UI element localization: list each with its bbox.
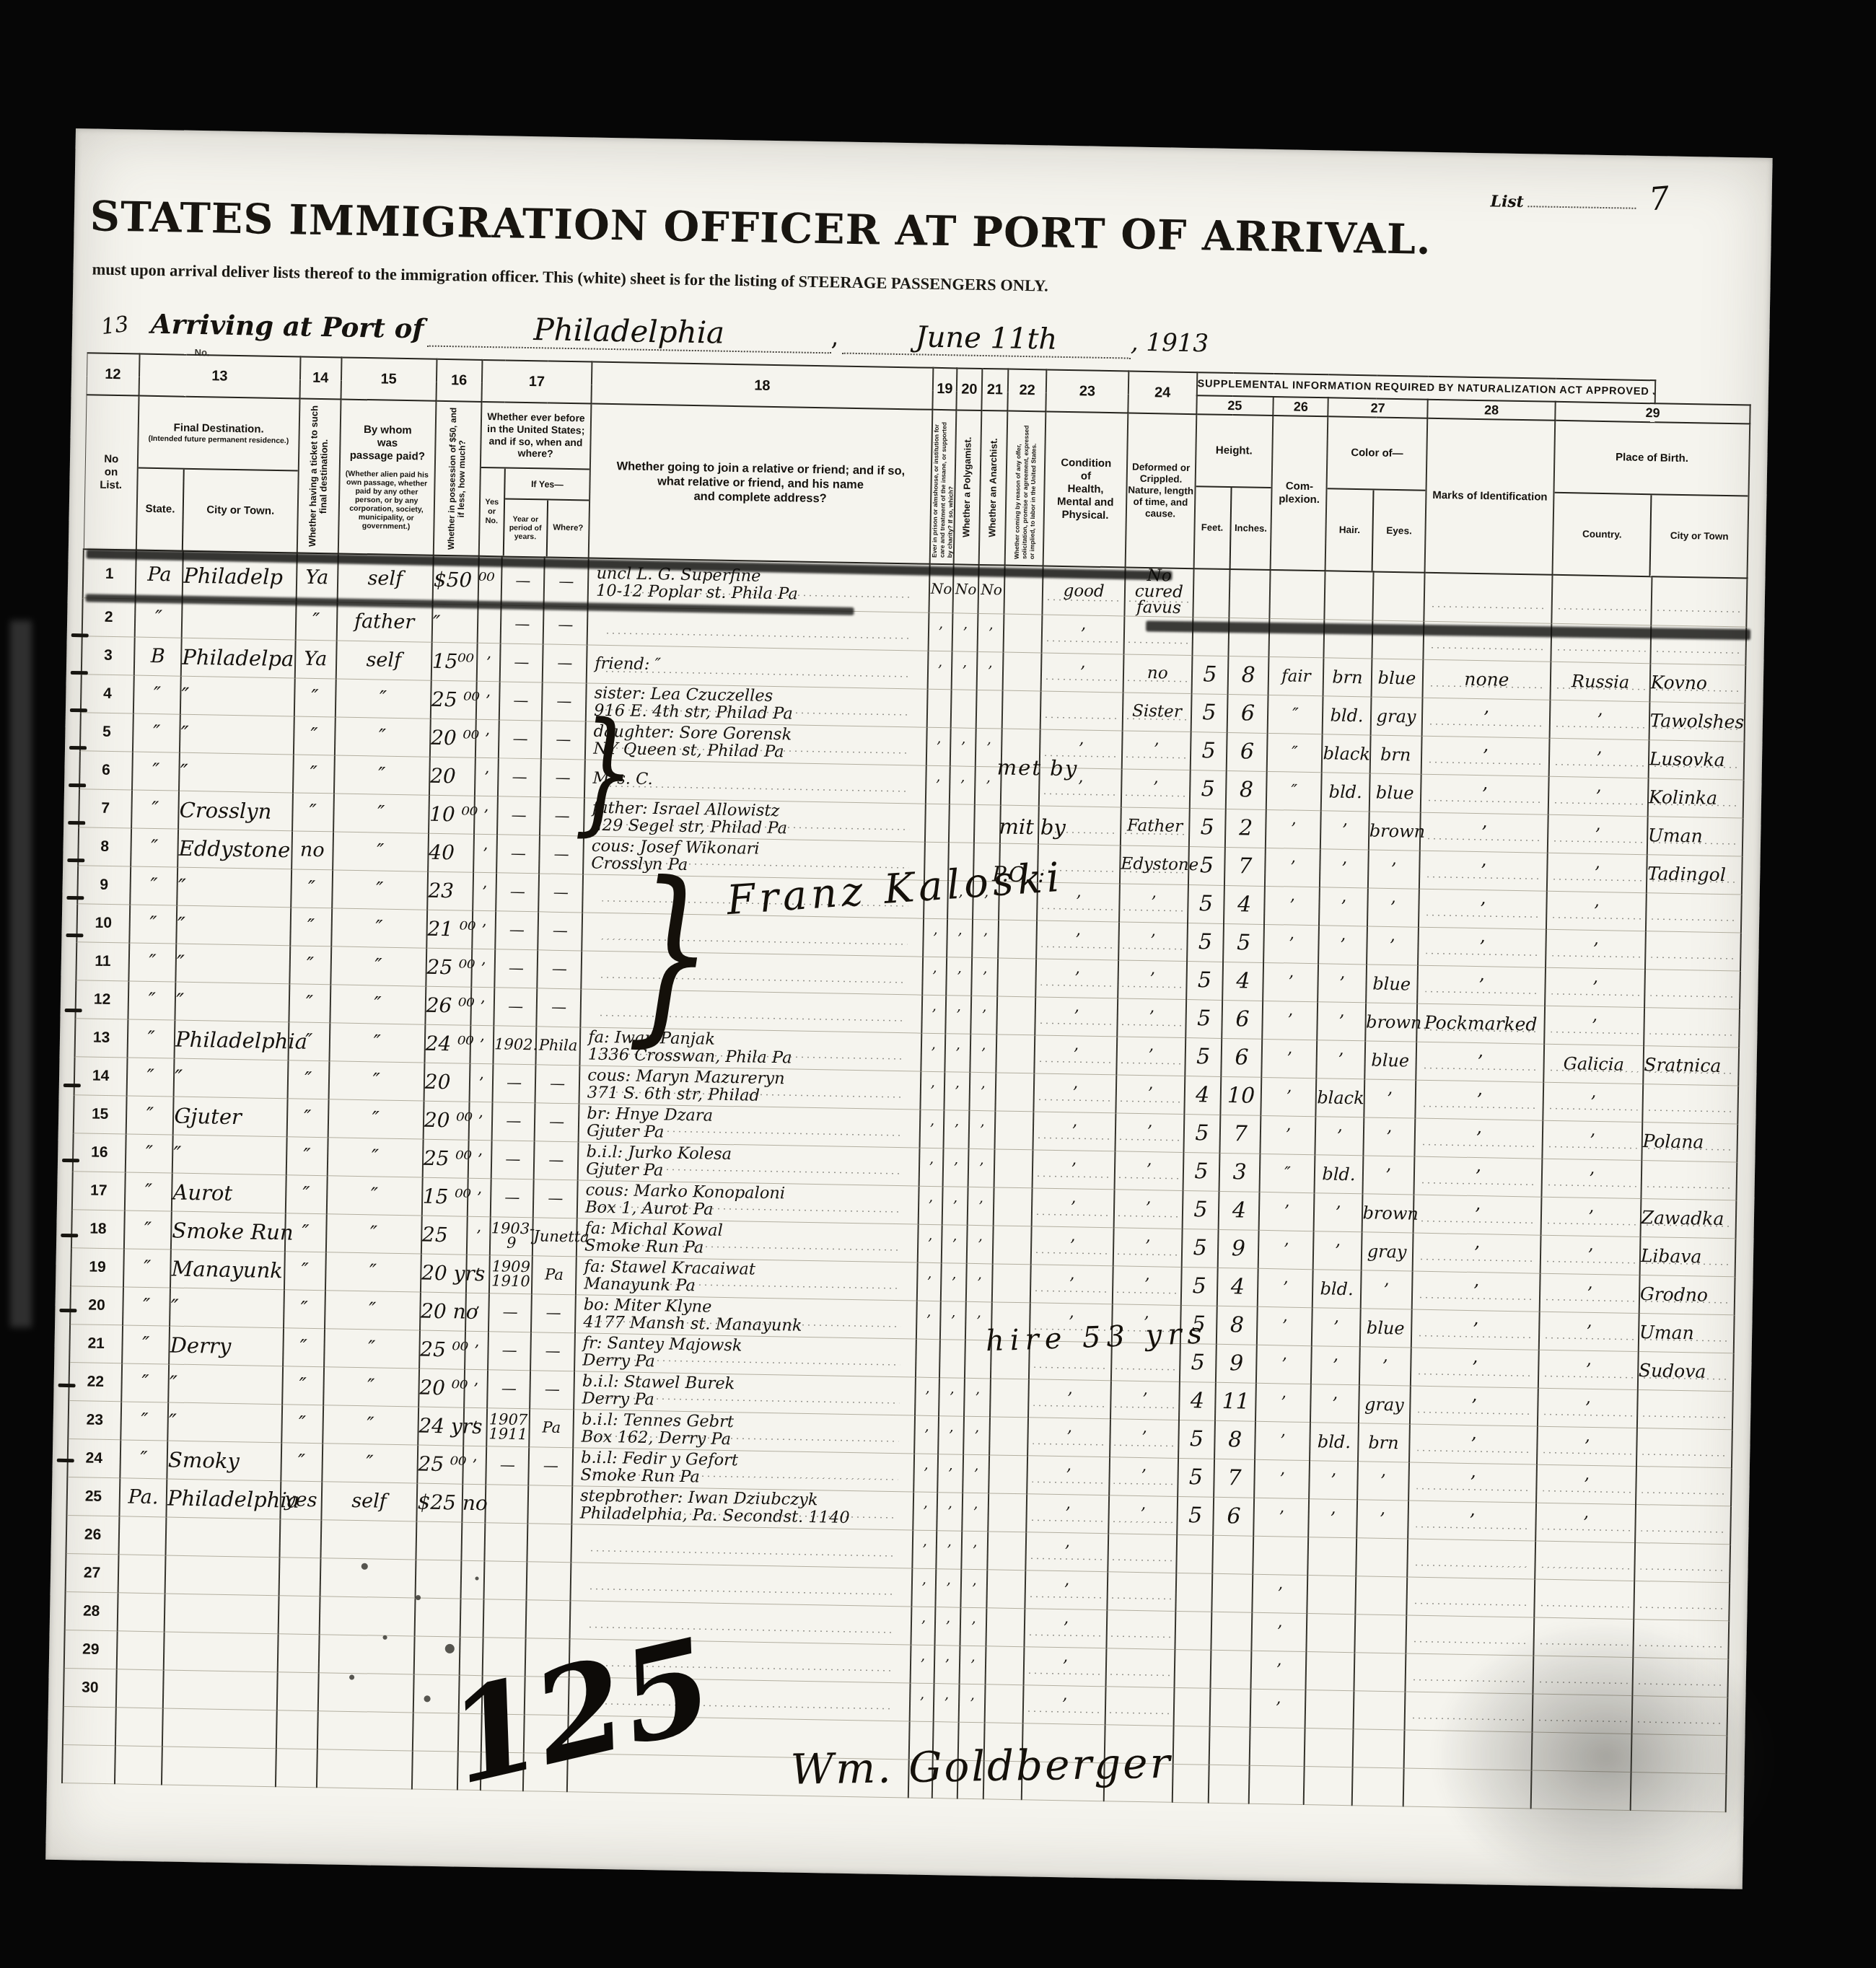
- cell-paid: ″: [323, 1366, 419, 1406]
- cell-c20: ’: [936, 1568, 961, 1607]
- cell-hair: black: [1316, 1078, 1364, 1117]
- cell-feet: 5: [1187, 923, 1224, 962]
- colnum-20: 20: [957, 368, 983, 410]
- cell-marks: ’: [1409, 1424, 1538, 1464]
- cell-compl: ’: [1255, 1421, 1310, 1460]
- cell-no: 29: [64, 1630, 118, 1669]
- margin-ink-dash: [71, 633, 89, 637]
- cell-country: ’: [1540, 1273, 1639, 1313]
- birth-city-label: City or Town: [1649, 495, 1748, 578]
- cell-hair: ’: [1314, 1192, 1362, 1231]
- cell-inches: 7: [1224, 847, 1266, 886]
- cell-state: ″: [131, 828, 178, 867]
- cell-city: ″: [176, 944, 290, 984]
- cell-state: ″: [124, 1210, 172, 1249]
- cell-deformed: [1106, 1648, 1175, 1687]
- cell-feet: 5: [1189, 770, 1227, 809]
- cell-c22: [998, 958, 1037, 997]
- cell-inches: 6: [1222, 1000, 1263, 1039]
- cell-marks: ’: [1421, 736, 1550, 776]
- cell-no: 10: [76, 903, 130, 942]
- cell-state: ″: [126, 1095, 174, 1134]
- cell-state: ″: [135, 599, 183, 638]
- cell-hair: black: [1322, 734, 1370, 773]
- cell-inches: 6: [1214, 1497, 1255, 1536]
- cell-byear: —: [487, 1369, 530, 1408]
- cell-money: 23: [427, 871, 473, 910]
- cell-state: [115, 1707, 163, 1746]
- cell-bcity: Kolinka: [1647, 778, 1743, 817]
- cell-compl: ’: [1250, 1689, 1306, 1728]
- cell-paid: ″: [335, 678, 431, 718]
- cell-rel2: [571, 1620, 910, 1625]
- cell-hair: ’: [1309, 1498, 1357, 1537]
- cell-hair: [1325, 571, 1373, 620]
- cell-c20: ’: [952, 651, 977, 690]
- cell-compl: ’: [1254, 1459, 1310, 1498]
- cell-paid: ″: [326, 1175, 422, 1215]
- cell-eyes: brn: [1358, 1423, 1410, 1462]
- cell-eyes: brown: [1368, 811, 1420, 850]
- cell-c22: [989, 1493, 1027, 1532]
- cell-bcity: Tawolshes: [1649, 701, 1745, 741]
- cell-paid: ″: [325, 1252, 421, 1291]
- cell-marks: [1424, 573, 1553, 623]
- cell-marks: [1406, 1577, 1535, 1617]
- cell-rel: stepbrother: Iwan DziubczykPhiladelphia,…: [572, 1485, 913, 1529]
- cell-hair: ’: [1313, 1231, 1362, 1270]
- cell-money: 25: [421, 1216, 468, 1255]
- cell-paid: self: [336, 640, 431, 680]
- cell-paid: ″: [327, 1137, 423, 1177]
- cell-country: Russia: [1551, 662, 1650, 701]
- cell-city: [182, 599, 296, 640]
- cell-ticket: ″: [282, 1366, 324, 1405]
- relative-friend-label: Whether going to join a relative or frie…: [616, 460, 906, 507]
- cell-eyes: ’: [1362, 1155, 1414, 1194]
- cell-compl: ″: [1268, 695, 1323, 734]
- cell-city: ″: [174, 1058, 288, 1099]
- sheet-number-handwritten: 13: [100, 312, 130, 340]
- cell-bcity: [1636, 1466, 1732, 1506]
- colnum-19: 19: [932, 368, 957, 410]
- cell-marks: ’: [1413, 1156, 1543, 1197]
- cell-health: ’: [1033, 1149, 1115, 1189]
- cell-byear: —: [495, 910, 538, 949]
- cell-compl: ’: [1261, 1115, 1316, 1154]
- cell-state: ″: [125, 1172, 172, 1211]
- cell-byear: —: [486, 1446, 530, 1485]
- cell-feet: [1172, 1764, 1209, 1803]
- cell-money: 10 ⁰⁰: [429, 795, 475, 834]
- cell-c21: ’: [968, 1110, 995, 1149]
- cell-money: 15⁰⁰: [431, 642, 477, 681]
- cell-bcity: Grodno: [1639, 1275, 1735, 1314]
- cell-rel2: [588, 625, 927, 631]
- cell-bcity: Sratnica: [1643, 1045, 1739, 1085]
- cell-bwhere: —: [530, 1332, 575, 1371]
- cell-compl: [1249, 1765, 1305, 1804]
- margin-ink-dash: [62, 1159, 79, 1162]
- cell-c19: ’: [909, 1683, 934, 1722]
- cell-ticket: ″: [295, 601, 337, 640]
- header-labor-contract: Whether coming by reason of any offer, s…: [1005, 411, 1046, 566]
- no-on-list-label: No on List.: [100, 453, 123, 493]
- cell-health: ’: [1034, 1073, 1117, 1112]
- cell-c19: ’: [913, 1492, 937, 1531]
- cell-feet: 5: [1181, 1229, 1219, 1268]
- cell-deformed: ’: [1113, 1265, 1181, 1305]
- cell-hair: bld.: [1315, 1154, 1363, 1193]
- header-final-destination: Final Destination.(Intended future perma…: [136, 396, 299, 553]
- cell-deformed: [1108, 1533, 1176, 1573]
- hair-label: Hair.: [1326, 489, 1373, 571]
- cell-hair: ’: [1312, 1307, 1360, 1346]
- cell-ticket: [276, 1748, 317, 1787]
- cell-no: [62, 1744, 115, 1783]
- cell-bcity: Uman: [1638, 1313, 1734, 1353]
- cell-rel: cous: Maryn Mazureryn371 S. 6th str, Phi…: [579, 1065, 921, 1109]
- cell-hair: bld.: [1321, 772, 1369, 811]
- cell-inches: [1213, 1535, 1254, 1574]
- cell-state: ″: [131, 790, 179, 829]
- cell-health: ’: [1025, 1570, 1108, 1609]
- cell-rel1: friend: ″: [587, 655, 927, 678]
- cell-hair: ’: [1320, 810, 1369, 849]
- margin-ink-dash: [57, 1459, 74, 1462]
- cell-deformed: ’: [1114, 1189, 1183, 1229]
- cell-eyes: [1354, 1652, 1406, 1691]
- cell-c20: ’: [944, 1110, 969, 1148]
- colnum-14: 14: [299, 356, 341, 399]
- cell-byear: —: [494, 987, 538, 1026]
- cell-eyes: brown: [1365, 1002, 1417, 1041]
- cell-city: Smoke Run: [171, 1211, 285, 1252]
- cell-c22: [986, 1646, 1025, 1684]
- cell-byear: —: [488, 1331, 531, 1370]
- cell-deformed: [1107, 1571, 1175, 1611]
- table-header: 12 13 14 15 16 17 18 19 20 21 22 23 24 S…: [84, 353, 1750, 578]
- cell-ticket: ″: [283, 1327, 325, 1366]
- cell-rel: daughter: Sore GorenskNY Queen st, Phila…: [585, 721, 926, 765]
- cell-state: [118, 1554, 166, 1593]
- cell-money: 20: [424, 1063, 470, 1102]
- cell-hair: ’: [1318, 1001, 1366, 1040]
- cell-city: Philadelphia: [175, 1020, 289, 1060]
- year-label: Year or period of years.: [504, 500, 548, 557]
- eyes-label: Eyes.: [1372, 490, 1425, 572]
- margin-ink-dash: [63, 1084, 81, 1087]
- state-label: State.: [137, 468, 183, 550]
- cell-state: [117, 1630, 165, 1669]
- cell-c19: ’: [919, 1148, 943, 1187]
- cell-eyes: gray: [1361, 1231, 1413, 1270]
- cell-money: 25 ⁰⁰: [431, 680, 477, 719]
- cell-compl: ″: [1260, 1154, 1315, 1192]
- colnum-22: 22: [1008, 369, 1047, 412]
- cell-deformed: ’: [1122, 730, 1191, 770]
- cell-feet: 5: [1183, 1152, 1220, 1191]
- cell-no: 26: [66, 1515, 120, 1554]
- cell-rel: friend: ″: [587, 645, 928, 689]
- prison-label: Ever in prison or almshouse, or institut…: [930, 416, 955, 558]
- cell-ticket: ″: [286, 1136, 328, 1175]
- cell-city: [163, 1669, 277, 1710]
- cell-c19: ’: [919, 1110, 944, 1148]
- cell-byear: —: [500, 643, 543, 682]
- cell-c20: ’: [946, 995, 971, 1034]
- cell-rel: fa: Michal KowalSmoke Run Pa: [577, 1218, 918, 1262]
- cell-ticket: ″: [289, 983, 330, 1022]
- ever-before-title: Whether ever before in the United States…: [484, 410, 588, 461]
- cell-bwhere: —: [543, 605, 588, 644]
- cell-bwhere: —: [534, 1141, 579, 1180]
- po-note: P.O. :: [992, 861, 1046, 887]
- cell-inches: 7: [1214, 1459, 1255, 1498]
- marks-label: Marks of Identification: [1432, 489, 1547, 504]
- cell-money: 20: [429, 757, 475, 796]
- cell-rel: b.i.l: Fedir y GefortSmoke Run Pa: [572, 1447, 913, 1491]
- cell-ticket: ″: [292, 792, 334, 831]
- cell-city: ″: [168, 1364, 282, 1405]
- mit-by-note: mit by: [999, 814, 1066, 840]
- cell-country: ’: [1537, 1464, 1636, 1504]
- cell-eyes: blue: [1359, 1308, 1411, 1347]
- cell-c22: [994, 1187, 1033, 1226]
- cell-bwhere: —: [530, 1370, 574, 1409]
- cell-c20: ’: [945, 1033, 970, 1072]
- cell-hair: [1305, 1690, 1354, 1728]
- cell-byes: [477, 605, 501, 643]
- cell-state: ″: [126, 1133, 173, 1172]
- cell-eyes: ’: [1367, 887, 1419, 926]
- cell-c22: [986, 1607, 1025, 1646]
- cell-country: ’: [1546, 891, 1646, 931]
- cell-compl: ’: [1253, 1498, 1309, 1537]
- cell-marks: ’: [1420, 774, 1549, 814]
- colnum-17: 17: [481, 360, 592, 404]
- cell-state: ″: [120, 1439, 168, 1478]
- list-number-row: List7: [1490, 177, 1678, 218]
- cell-c21: [974, 804, 1001, 843]
- cell-health: ’: [1036, 920, 1119, 959]
- cell-rel: b.i.l: Tennes GebrtBox 162, Derry Pa: [573, 1409, 914, 1453]
- cell-compl: ’: [1262, 1001, 1318, 1040]
- cell-c21: ’: [961, 1531, 988, 1570]
- cell-hair: ’: [1310, 1384, 1359, 1423]
- cell-compl: ’: [1251, 1651, 1307, 1690]
- cell-no: 22: [69, 1362, 122, 1401]
- cell-state: ″: [127, 1057, 175, 1096]
- cell-c21: ’: [967, 1187, 994, 1226]
- cell-compl: ’: [1258, 1268, 1313, 1307]
- cell-ticket: ″: [284, 1289, 325, 1328]
- document-paper: List7 STATES IMMIGRATION OFFICER AT PORT…: [45, 128, 1773, 1889]
- ticket-label: Whether having a ticket to such final de…: [307, 404, 330, 548]
- cell-marks: ’: [1414, 1118, 1543, 1159]
- header-ever-before: Whether ever before in the United States…: [478, 402, 591, 558]
- cell-city: [166, 1517, 280, 1558]
- cell-health: ’: [1032, 1187, 1115, 1227]
- cell-c20: ’: [935, 1607, 960, 1646]
- cell-state: ″: [121, 1363, 169, 1402]
- cell-paid: ″: [332, 869, 428, 909]
- cell-health: ’: [1033, 1111, 1116, 1151]
- cell-compl: ’: [1262, 1039, 1318, 1078]
- cell-money: 20 ⁰⁰: [430, 719, 476, 757]
- cell-marks: ’: [1411, 1309, 1540, 1350]
- cell-bwhere: [528, 1485, 573, 1524]
- cell-health: ’: [1025, 1608, 1108, 1648]
- color-of-label: Color of—: [1328, 446, 1426, 460]
- cell-c19: [916, 1339, 940, 1378]
- cell-c22: [987, 1569, 1026, 1608]
- page-subtitle: must upon arrival deliver lists thereof …: [92, 260, 1048, 295]
- cell-city: Aurot: [172, 1173, 286, 1213]
- cell-no: 16: [73, 1133, 126, 1172]
- cell-inches: 7: [1220, 1115, 1261, 1154]
- cell-compl: ’: [1261, 1077, 1317, 1116]
- cell-ticket: ″: [291, 869, 333, 908]
- cell-feet: 5: [1190, 732, 1227, 770]
- cell-inches: 3: [1219, 1153, 1261, 1192]
- cell-state: ″: [120, 1401, 168, 1440]
- cell-money: 25 ⁰⁰: [422, 1139, 468, 1178]
- port-field: Philadelphia: [426, 310, 831, 354]
- cell-rel: br: Hnye DzaraGjuter Pa: [579, 1103, 920, 1147]
- cell-money: 20 ⁰⁰: [418, 1369, 465, 1407]
- cell-byear: —: [496, 834, 540, 873]
- cell-hair: ’: [1310, 1460, 1358, 1499]
- cell-rel: father: Israel Allowistz229 Segel str, P…: [584, 797, 925, 841]
- cell-byes: ’: [473, 834, 497, 873]
- cell-eyes: ’: [1364, 1079, 1416, 1117]
- cell-bwhere: [527, 1561, 571, 1600]
- cell-inches: 4: [1219, 1191, 1260, 1230]
- cell-country: ’: [1543, 1082, 1643, 1122]
- cell-marks: ’: [1419, 889, 1548, 929]
- cell-deformed: ’: [1118, 921, 1187, 961]
- cell-bwhere: —: [531, 1293, 576, 1332]
- cell-no: 14: [74, 1056, 128, 1095]
- cell-rel: Mrs. C.: [584, 759, 926, 803]
- cell-byear: —: [499, 719, 542, 758]
- cell-c19: ’: [914, 1415, 939, 1454]
- cell-feet: [1175, 1573, 1213, 1612]
- cell-hair: ’: [1315, 1116, 1364, 1155]
- cell-ticket: ″: [287, 1060, 329, 1099]
- cell-c19: ’: [926, 727, 950, 766]
- cell-country: ’: [1548, 814, 1647, 854]
- cell-paid: father: [336, 602, 432, 641]
- cell-inches: [1212, 1573, 1253, 1612]
- cell-c22: [992, 1263, 1031, 1302]
- cell-c20: ’: [934, 1645, 960, 1684]
- cell-rel: b.i.l: Stawel BurekDerry Pa: [574, 1371, 915, 1415]
- cell-c21: ’: [964, 1378, 991, 1417]
- cell-ticket: ″: [286, 1174, 328, 1213]
- cell-feet: [1173, 1687, 1211, 1726]
- cell-eyes: [1372, 571, 1424, 620]
- cell-compl: ’: [1258, 1230, 1314, 1269]
- cell-c19: ’: [921, 995, 946, 1034]
- cell-paid: self: [321, 1481, 417, 1521]
- cell-state: ″: [123, 1248, 171, 1287]
- cell-compl: ’: [1266, 809, 1321, 848]
- cell-state: [119, 1516, 167, 1555]
- cell-eyes: blue: [1366, 964, 1418, 1003]
- cell-byear: —: [498, 757, 541, 796]
- header-color-of: Color of— Hair.Eyes.: [1325, 416, 1427, 572]
- cell-country: ’: [1546, 929, 1645, 969]
- cell-bcity: [1634, 1581, 1730, 1620]
- cell-paid: ″: [333, 793, 429, 833]
- header-deformed: Deformed or Crippled. Nature, length of …: [1126, 413, 1196, 569]
- cell-eyes: ’: [1363, 1117, 1415, 1156]
- cell-eyes: blue: [1369, 773, 1421, 812]
- cell-feet: [1174, 1649, 1211, 1688]
- cell-byes: ’: [469, 1063, 493, 1102]
- cell-c22: [996, 1034, 1035, 1073]
- header-height: Height. Feet.Inches.: [1193, 414, 1273, 570]
- cell-byear: —: [491, 1140, 535, 1179]
- cell-health: ’: [1024, 1646, 1107, 1686]
- cell-compl: [1250, 1727, 1305, 1766]
- cell-feet: 5: [1185, 999, 1223, 1038]
- cell-bcity: [1641, 1160, 1737, 1200]
- cell-country: ’: [1547, 853, 1647, 892]
- cell-rel: bo: Miter Klyne4177 Mansh st. Manayunk: [575, 1294, 916, 1338]
- cell-hair: [1306, 1651, 1354, 1690]
- cell-state: ″: [128, 1019, 175, 1058]
- cell-marks: ’: [1413, 1195, 1542, 1235]
- cell-rel1: [588, 625, 927, 631]
- cell-c19: ’: [910, 1645, 934, 1684]
- cell-no: 3: [82, 636, 135, 675]
- cell-c19: ’: [918, 1186, 942, 1225]
- cell-paid: ″: [329, 1022, 425, 1062]
- cell-country: ’: [1538, 1350, 1638, 1389]
- cell-rel2: [571, 1581, 911, 1587]
- cell-deformed: ’: [1115, 1112, 1184, 1152]
- cell-state: ″: [128, 980, 176, 1019]
- cell-c22: [985, 1684, 1024, 1723]
- cell-byear: —: [491, 1178, 534, 1217]
- cell-hair: ’: [1319, 925, 1367, 964]
- cell-hair: bld.: [1310, 1422, 1358, 1461]
- cell-city: ″: [170, 1288, 284, 1328]
- cell-state: [118, 1592, 165, 1631]
- cell-ticket: ″: [281, 1442, 323, 1481]
- cell-state: ″: [133, 675, 181, 714]
- cell-country: ’: [1542, 1159, 1641, 1198]
- cell-inches: [1209, 1726, 1250, 1765]
- cell-c20: ’: [942, 1224, 967, 1263]
- cell-c21: [976, 690, 1002, 729]
- date-field: June 11th: [842, 320, 1131, 359]
- cell-c20: ’: [939, 1377, 964, 1416]
- cell-eyes: [1354, 1614, 1406, 1653]
- cell-eyes: brown: [1362, 1193, 1413, 1232]
- cell-c19: ’: [923, 918, 947, 957]
- cell-eyes: [1355, 1576, 1407, 1615]
- cell-state: ″: [123, 1286, 170, 1325]
- cell-bcity: Polana: [1641, 1122, 1737, 1161]
- cell-rel2: [572, 1543, 911, 1549]
- cell-feet: 5: [1191, 655, 1229, 694]
- cell-ticket: ″: [284, 1251, 326, 1290]
- cell-inches: 11: [1215, 1382, 1256, 1421]
